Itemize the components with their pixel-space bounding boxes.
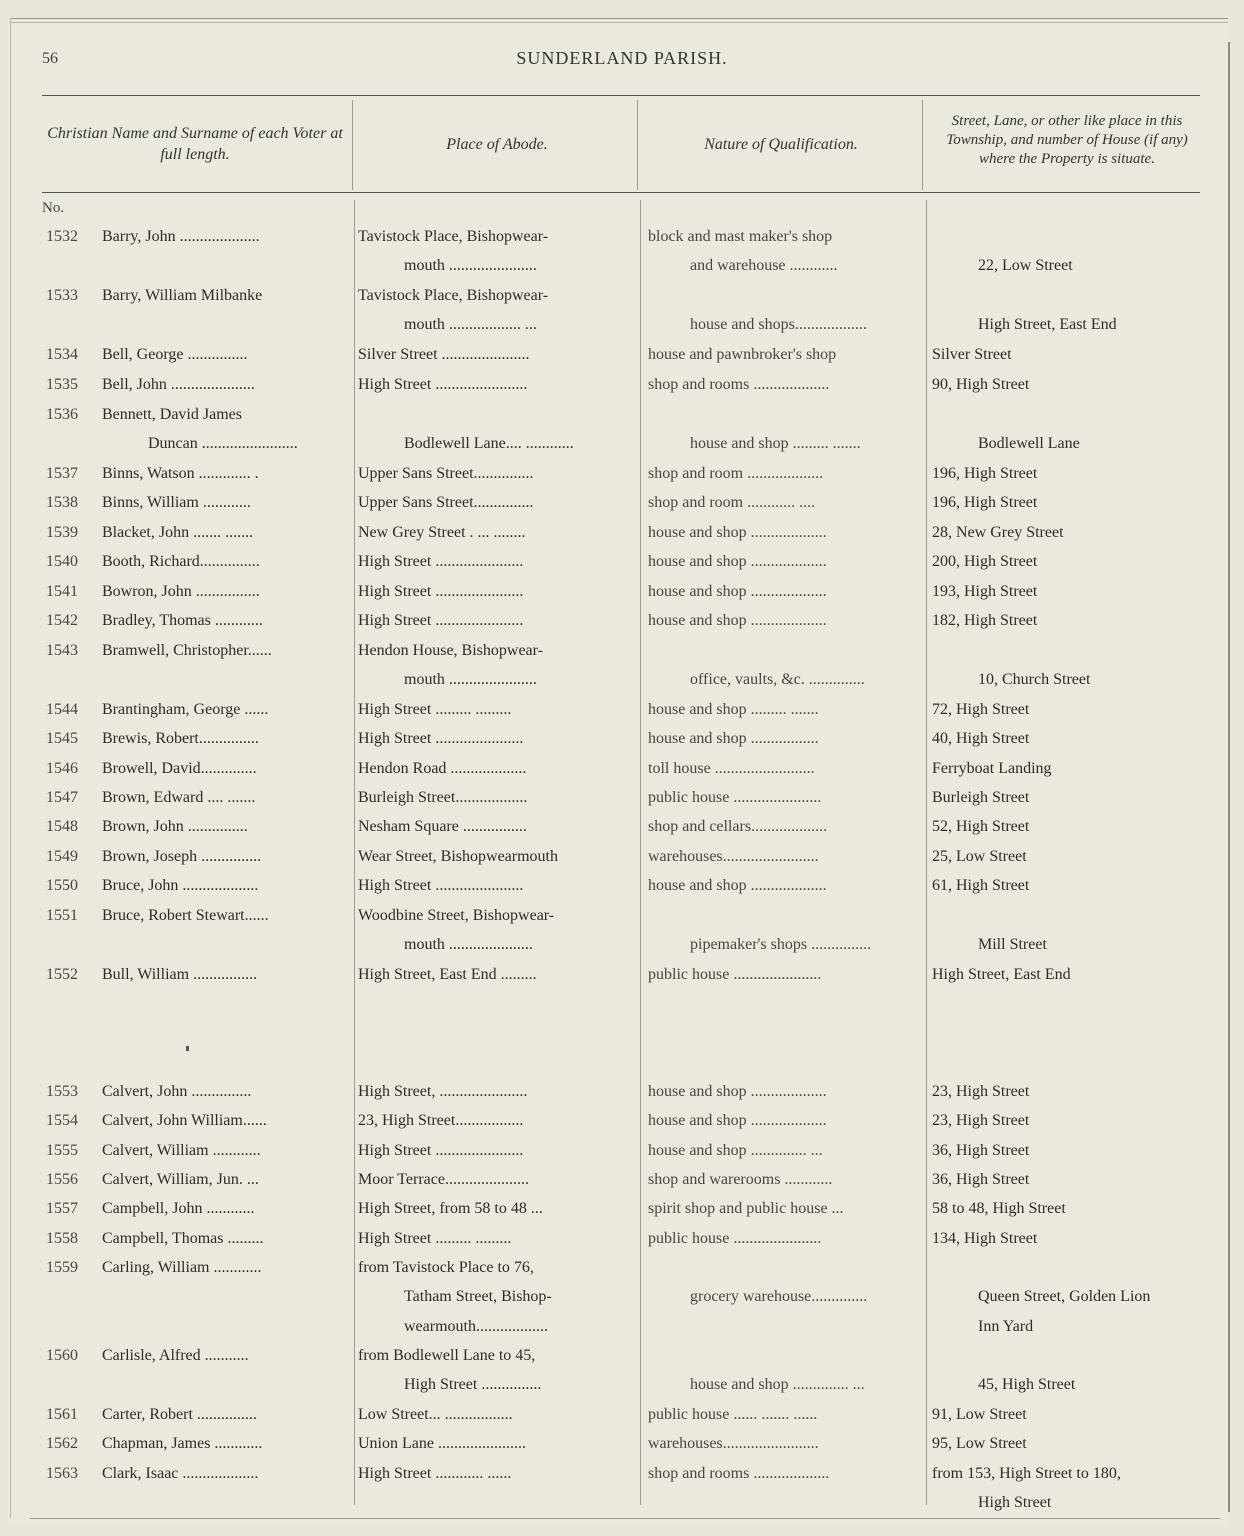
nature-of-qualification-line: house and shop ................... bbox=[648, 606, 924, 635]
voter-name: Bell, John ..................... bbox=[102, 370, 352, 399]
property-location-line: Burleigh Street bbox=[932, 783, 1222, 812]
voter-name: Bull, William ................ bbox=[102, 960, 352, 989]
nature-of-qualification: shop and warerooms ............ bbox=[648, 1165, 924, 1194]
nature-of-qualification: spirit shop and public house ... bbox=[648, 1194, 924, 1223]
place-of-abode: High Street ...................... bbox=[358, 577, 636, 606]
voter-name-line: Booth, Richard............... bbox=[102, 547, 352, 576]
property-location-line: 25, Low Street bbox=[932, 842, 1222, 871]
voter-name-line: Barry, John .................... bbox=[102, 222, 352, 251]
property-location-line: from 153, High Street to 180, bbox=[932, 1459, 1222, 1488]
nature-of-qualification-line bbox=[648, 1341, 924, 1370]
nature-of-qualification-line: house and shops.................. bbox=[648, 310, 924, 339]
nature-of-qualification-line: house and shop ................... bbox=[648, 547, 924, 576]
nature-of-qualification-line: house and shop ................... bbox=[648, 518, 924, 547]
property-location-line bbox=[932, 1253, 1222, 1282]
voter-name-line: Binns, Watson ............. . bbox=[102, 459, 352, 488]
property-location-line: 182, High Street bbox=[932, 606, 1222, 635]
place-of-abode-line: High Street ....................... bbox=[358, 370, 636, 399]
voter-name-line: Campbell, John ............ bbox=[102, 1194, 352, 1223]
property-location-line: 95, Low Street bbox=[932, 1429, 1222, 1458]
voter-number: 1545 bbox=[46, 724, 98, 753]
voter-name: Carling, William ............ bbox=[102, 1253, 352, 1282]
nature-of-qualification: house and shop ................... bbox=[648, 606, 924, 635]
property-location-line: 45, High Street bbox=[932, 1370, 1222, 1399]
property-location: 52, High Street bbox=[932, 812, 1222, 841]
nature-of-qualification-line: house and shop ................... bbox=[648, 871, 924, 900]
voter-name-line: Bowron, John ................ bbox=[102, 577, 352, 606]
property-location: 10, Church Street bbox=[932, 636, 1222, 695]
place-of-abode-line: mouth ...................... bbox=[358, 251, 636, 280]
voter-name: Bruce, John ................... bbox=[102, 871, 352, 900]
place-of-abode: High Street ......... ......... bbox=[358, 695, 636, 724]
voter-name: Brewis, Robert............... bbox=[102, 724, 352, 753]
property-location-line: 91, Low Street bbox=[932, 1400, 1222, 1429]
property-location: 25, Low Street bbox=[932, 842, 1222, 871]
voter-number: 1552 bbox=[46, 960, 98, 989]
nature-of-qualification: pipemaker's shops ............... bbox=[648, 901, 924, 960]
place-of-abode-line: High Street ......... ......... bbox=[358, 695, 636, 724]
place-of-abode-line: Union Lane ...................... bbox=[358, 1429, 636, 1458]
column-divider bbox=[926, 200, 927, 1505]
place-of-abode: Bodlewell Lane.... ............ bbox=[358, 400, 636, 459]
voter-name-line: Calvert, John ............... bbox=[102, 1077, 352, 1106]
nature-of-qualification-line: shop and rooms ................... bbox=[648, 1459, 924, 1488]
property-location: High Street, East End bbox=[932, 281, 1222, 340]
property-location: 95, Low Street bbox=[932, 1429, 1222, 1458]
voter-name: Barry, John .................... bbox=[102, 222, 352, 251]
voter-name-line: Campbell, Thomas ......... bbox=[102, 1224, 352, 1253]
property-location-line: 23, High Street bbox=[932, 1106, 1222, 1135]
page-title: SUNDERLAND PARISH. bbox=[0, 48, 1244, 69]
property-location-line bbox=[932, 1341, 1222, 1370]
voter-name: Brantingham, George ...... bbox=[102, 695, 352, 724]
nature-of-qualification-line: shop and room ............ .... bbox=[648, 488, 924, 517]
nature-of-qualification: shop and rooms ................... bbox=[648, 1459, 924, 1488]
place-of-abode: High Street ...................... bbox=[358, 871, 636, 900]
place-of-abode: High Street ...................... bbox=[358, 724, 636, 753]
nature-of-qualification-line: and warehouse ............ bbox=[648, 251, 924, 280]
voter-number: 1539 bbox=[46, 518, 98, 547]
place-of-abode-line: High Street ............ ...... bbox=[358, 1459, 636, 1488]
voter-number: 1550 bbox=[46, 871, 98, 900]
place-of-abode-line: Moor Terrace..................... bbox=[358, 1165, 636, 1194]
voter-name-line: Brown, Edward .... ....... bbox=[102, 783, 352, 812]
place-of-abode: Moor Terrace..................... bbox=[358, 1165, 636, 1194]
voter-number: 1558 bbox=[46, 1224, 98, 1253]
voter-name-line: Bradley, Thomas ............ bbox=[102, 606, 352, 635]
page-border-top bbox=[10, 18, 1228, 19]
property-location-line bbox=[932, 636, 1222, 665]
voter-number: 1546 bbox=[46, 754, 98, 783]
place-of-abode: High Street, East End ......... bbox=[358, 960, 636, 989]
voter-name: Bell, George ............... bbox=[102, 340, 352, 369]
place-of-abode: from Bodlewell Lane to 45,High Street ..… bbox=[358, 1341, 636, 1400]
property-location-line: High Street bbox=[932, 1488, 1222, 1517]
property-location: 58 to 48, High Street bbox=[932, 1194, 1222, 1223]
nature-of-qualification-line: public house ...................... bbox=[648, 1224, 924, 1253]
voter-number: 1554 bbox=[46, 1106, 98, 1135]
voter-name: Carlisle, Alfred ........... bbox=[102, 1341, 352, 1370]
place-of-abode-line: Woodbine Street, Bishopwear- bbox=[358, 901, 636, 930]
place-of-abode-line: Tavistock Place, Bishopwear- bbox=[358, 222, 636, 251]
voter-name: Campbell, Thomas ......... bbox=[102, 1224, 352, 1253]
column-divider bbox=[637, 100, 638, 190]
voter-number: 1532 bbox=[46, 222, 98, 251]
voter-name-line: Barry, William Milbanke bbox=[102, 281, 352, 310]
nature-of-qualification-line: warehouses........................ bbox=[648, 1429, 924, 1458]
place-of-abode-line: High Street ............... bbox=[358, 1370, 636, 1399]
nature-of-qualification: warehouses........................ bbox=[648, 842, 924, 871]
property-location: Silver Street bbox=[932, 340, 1222, 369]
property-location: 61, High Street bbox=[932, 871, 1222, 900]
place-of-abode: Burleigh Street.................. bbox=[358, 783, 636, 812]
property-location: Mill Street bbox=[932, 901, 1222, 960]
place-of-abode-line: Wear Street, Bishopwearmouth bbox=[358, 842, 636, 871]
voter-name-line: Brewis, Robert............... bbox=[102, 724, 352, 753]
nature-of-qualification: house and shop ................... bbox=[648, 518, 924, 547]
place-of-abode-line: Burleigh Street.................. bbox=[358, 783, 636, 812]
nature-of-qualification-line: toll house ......................... bbox=[648, 754, 924, 783]
place-of-abode-line: Silver Street ...................... bbox=[358, 340, 636, 369]
property-location: 36, High Street bbox=[932, 1165, 1222, 1194]
voter-name-line: Bramwell, Christopher...... bbox=[102, 636, 352, 665]
place-of-abode-line: Hendon Road ................... bbox=[358, 754, 636, 783]
place-of-abode-line: High Street ...................... bbox=[358, 547, 636, 576]
property-location-line: 22, Low Street bbox=[932, 251, 1222, 280]
property-location: 91, Low Street bbox=[932, 1400, 1222, 1429]
property-location: from 153, High Street to 180,High Street bbox=[932, 1459, 1222, 1518]
place-of-abode-line: mouth .................. ... bbox=[358, 310, 636, 339]
voter-number: 1553 bbox=[46, 1077, 98, 1106]
nature-of-qualification: house and shops.................. bbox=[648, 281, 924, 340]
nature-of-qualification: house and shop .............. ... bbox=[648, 1136, 924, 1165]
property-location-line bbox=[932, 400, 1222, 429]
property-location-line: 52, High Street bbox=[932, 812, 1222, 841]
column-divider bbox=[352, 100, 353, 190]
nature-of-qualification: grocery warehouse.............. bbox=[648, 1253, 924, 1341]
voter-name: Brown, John ............... bbox=[102, 812, 352, 841]
place-of-abode: High Street ............ ...... bbox=[358, 1459, 636, 1488]
place-of-abode-line: Low Street... ................. bbox=[358, 1400, 636, 1429]
property-location: 23, High Street bbox=[932, 1106, 1222, 1135]
voter-number: 1541 bbox=[46, 577, 98, 606]
voter-name-line: Bell, George ............... bbox=[102, 340, 352, 369]
nature-of-qualification: warehouses........................ bbox=[648, 1429, 924, 1458]
place-of-abode: Tavistock Place, Bishopwear-mouth ......… bbox=[358, 222, 636, 281]
voter-name: Campbell, John ............ bbox=[102, 1194, 352, 1223]
voter-name: Binns, Watson ............. . bbox=[102, 459, 352, 488]
property-location-line: 134, High Street bbox=[932, 1224, 1222, 1253]
voter-number: 1563 bbox=[46, 1459, 98, 1488]
voter-name: Barry, William Milbanke bbox=[102, 281, 352, 310]
voter-name: Brown, Joseph ............... bbox=[102, 842, 352, 871]
property-location: 90, High Street bbox=[932, 370, 1222, 399]
voter-name-line: Calvert, John William...... bbox=[102, 1106, 352, 1135]
nature-of-qualification: public house ...................... bbox=[648, 783, 924, 812]
nature-of-qualification: house and shop ......... ....... bbox=[648, 400, 924, 459]
property-location-line: High Street, East End bbox=[932, 960, 1222, 989]
property-location: 182, High Street bbox=[932, 606, 1222, 635]
property-location-line bbox=[932, 222, 1222, 251]
nature-of-qualification: house and shop ................. bbox=[648, 724, 924, 753]
property-location-line: 23, High Street bbox=[932, 1077, 1222, 1106]
nature-of-qualification-line bbox=[648, 281, 924, 310]
nature-of-qualification-line: shop and warerooms ............ bbox=[648, 1165, 924, 1194]
nature-of-qualification: office, vaults, &c. .............. bbox=[648, 636, 924, 695]
nature-of-qualification-line: house and shop ................... bbox=[648, 1077, 924, 1106]
header-rule-bottom bbox=[42, 192, 1200, 193]
place-of-abode-line: High Street ...................... bbox=[358, 871, 636, 900]
place-of-abode-line: Tatham Street, Bishop- bbox=[358, 1282, 636, 1311]
voter-name: Calvert, John ............... bbox=[102, 1077, 352, 1106]
property-location-line: 36, High Street bbox=[932, 1165, 1222, 1194]
voter-name-line: Bull, William ................ bbox=[102, 960, 352, 989]
property-location-line: Silver Street bbox=[932, 340, 1222, 369]
property-location-line: 72, High Street bbox=[932, 695, 1222, 724]
place-of-abode-line: Upper Sans Street............... bbox=[358, 488, 636, 517]
voter-name-line: Bell, John ..................... bbox=[102, 370, 352, 399]
nature-of-qualification-line: public house ...................... bbox=[648, 960, 924, 989]
voter-name: Browell, David.............. bbox=[102, 754, 352, 783]
property-location: Bodlewell Lane bbox=[932, 400, 1222, 459]
voter-name: Booth, Richard............... bbox=[102, 547, 352, 576]
voter-name: Bowron, John ................ bbox=[102, 577, 352, 606]
voter-number: 1561 bbox=[46, 1400, 98, 1429]
voter-number: 1557 bbox=[46, 1194, 98, 1223]
place-of-abode: High Street, from 58 to 48 ... bbox=[358, 1194, 636, 1223]
voter-number: 1543 bbox=[46, 636, 98, 665]
voter-number: 1559 bbox=[46, 1253, 98, 1282]
nature-of-qualification-line bbox=[648, 400, 924, 429]
voter-name: Blacket, John ....... ....... bbox=[102, 518, 352, 547]
voter-name-line: Carter, Robert ............... bbox=[102, 1400, 352, 1429]
place-of-abode-line: High Street ...................... bbox=[358, 577, 636, 606]
voter-number: 1555 bbox=[46, 1136, 98, 1165]
property-location: 23, High Street bbox=[932, 1077, 1222, 1106]
voter-name: Bennett, David JamesDuncan .............… bbox=[102, 400, 352, 459]
voter-number: 1538 bbox=[46, 488, 98, 517]
voter-name: Bradley, Thomas ............ bbox=[102, 606, 352, 635]
place-of-abode-line: 23, High Street................. bbox=[358, 1106, 636, 1135]
property-location-line: Ferryboat Landing bbox=[932, 754, 1222, 783]
voter-name-line: Chapman, James ............ bbox=[102, 1429, 352, 1458]
nature-of-qualification-line bbox=[648, 1253, 924, 1282]
place-of-abode: High Street ...................... bbox=[358, 547, 636, 576]
place-of-abode: High Street ...................... bbox=[358, 1136, 636, 1165]
property-location: 36, High Street bbox=[932, 1136, 1222, 1165]
property-location-line: 200, High Street bbox=[932, 547, 1222, 576]
page-border-right bbox=[1228, 42, 1230, 1512]
place-of-abode: Hendon House, Bishopwear-mouth .........… bbox=[358, 636, 636, 695]
nature-of-qualification-line: house and shop ......... ....... bbox=[648, 429, 924, 458]
voter-number: 1537 bbox=[46, 459, 98, 488]
nature-of-qualification-line: public house ...................... bbox=[648, 783, 924, 812]
voter-name: Calvert, William, Jun. ... bbox=[102, 1165, 352, 1194]
nature-of-qualification: public house ...... ....... ...... bbox=[648, 1400, 924, 1429]
page-border-left bbox=[10, 18, 11, 1518]
place-of-abode: Low Street... ................. bbox=[358, 1400, 636, 1429]
nature-of-qualification-line: house and shop ................... bbox=[648, 1106, 924, 1135]
voter-name: Calvert, John William...... bbox=[102, 1106, 352, 1135]
nature-of-qualification-line: warehouses........................ bbox=[648, 842, 924, 871]
voter-name: Chapman, James ............ bbox=[102, 1429, 352, 1458]
property-location: Queen Street, Golden LionInn Yard bbox=[932, 1253, 1222, 1341]
place-of-abode: High Street ......... ......... bbox=[358, 1224, 636, 1253]
voter-name-line: Clark, Isaac ................... bbox=[102, 1459, 352, 1488]
nature-of-qualification: house and shop ................... bbox=[648, 1077, 924, 1106]
place-of-abode: Union Lane ...................... bbox=[358, 1429, 636, 1458]
property-location: 40, High Street bbox=[932, 724, 1222, 753]
nature-of-qualification-line bbox=[648, 636, 924, 665]
voter-name-line: Browell, David.............. bbox=[102, 754, 352, 783]
nature-of-qualification-line: shop and rooms ................... bbox=[648, 370, 924, 399]
property-location-line bbox=[932, 281, 1222, 310]
property-location-line: 193, High Street bbox=[932, 577, 1222, 606]
voter-number: 1533 bbox=[46, 281, 98, 310]
property-location-line: High Street, East End bbox=[932, 310, 1222, 339]
place-of-abode: Silver Street ...................... bbox=[358, 340, 636, 369]
nature-of-qualification-line: house and shop ................. bbox=[648, 724, 924, 753]
nature-of-qualification: house and shop ................... bbox=[648, 547, 924, 576]
page-border-top-inner bbox=[10, 22, 1228, 23]
place-of-abode-line: wearmouth.................. bbox=[358, 1312, 636, 1341]
voter-name: Calvert, William ............ bbox=[102, 1136, 352, 1165]
voter-name-line: Calvert, William ............ bbox=[102, 1136, 352, 1165]
voter-number: 1542 bbox=[46, 606, 98, 635]
place-of-abode-line: New Grey Street . ... ........ bbox=[358, 518, 636, 547]
nature-of-qualification: shop and rooms ................... bbox=[648, 370, 924, 399]
nature-of-qualification: shop and cellars................... bbox=[648, 812, 924, 841]
voter-name-line: Brown, Joseph ............... bbox=[102, 842, 352, 871]
place-of-abode: 23, High Street................. bbox=[358, 1106, 636, 1135]
nature-of-qualification-line: block and mast maker's shop bbox=[648, 222, 924, 251]
place-of-abode: High Street ...................... bbox=[358, 606, 636, 635]
nature-of-qualification-line: shop and room ................... bbox=[648, 459, 924, 488]
property-location: High Street, East End bbox=[932, 960, 1222, 989]
voter-number: 1536 bbox=[46, 400, 98, 429]
place-of-abode: Hendon Road ................... bbox=[358, 754, 636, 783]
property-location: 196, High Street bbox=[932, 459, 1222, 488]
property-location-line: 90, High Street bbox=[932, 370, 1222, 399]
nature-of-qualification: shop and room ................... bbox=[648, 459, 924, 488]
nature-of-qualification: public house ...................... bbox=[648, 960, 924, 989]
print-mark bbox=[186, 1046, 189, 1051]
place-of-abode-line: Bodlewell Lane.... ............ bbox=[358, 429, 636, 458]
nature-of-qualification: house and shop ................... bbox=[648, 577, 924, 606]
voter-name-line: Calvert, William, Jun. ... bbox=[102, 1165, 352, 1194]
place-of-abode-line: High Street ......... ......... bbox=[358, 1224, 636, 1253]
nature-of-qualification: public house ...................... bbox=[648, 1224, 924, 1253]
place-of-abode: Upper Sans Street............... bbox=[358, 488, 636, 517]
place-of-abode: Woodbine Street, Bishopwear-mouth ......… bbox=[358, 901, 636, 960]
property-location-line: Bodlewell Lane bbox=[932, 429, 1222, 458]
property-location-line: 196, High Street bbox=[932, 459, 1222, 488]
place-of-abode: Wear Street, Bishopwearmouth bbox=[358, 842, 636, 871]
voter-name-line: Bennett, David James bbox=[102, 400, 352, 429]
place-of-abode-line: Tavistock Place, Bishopwear- bbox=[358, 281, 636, 310]
place-of-abode-line: High Street ...................... bbox=[358, 1136, 636, 1165]
property-location-line: 40, High Street bbox=[932, 724, 1222, 753]
property-location: 196, High Street bbox=[932, 488, 1222, 517]
voter-name: Bruce, Robert Stewart...... bbox=[102, 901, 352, 930]
place-of-abode-line: High Street, ...................... bbox=[358, 1077, 636, 1106]
nature-of-qualification: toll house ......................... bbox=[648, 754, 924, 783]
nature-of-qualification-line: house and shop ................... bbox=[648, 577, 924, 606]
column-header-street: Street, Lane, or other like place in thi… bbox=[928, 96, 1206, 184]
property-location-line: 10, Church Street bbox=[932, 665, 1222, 694]
voter-number: 1547 bbox=[46, 783, 98, 812]
place-of-abode: Upper Sans Street............... bbox=[358, 459, 636, 488]
place-of-abode-line: High Street, from 58 to 48 ... bbox=[358, 1194, 636, 1223]
place-of-abode-line: mouth ..................... bbox=[358, 930, 636, 959]
property-location: 45, High Street bbox=[932, 1341, 1222, 1400]
nature-of-qualification-line: house and shop .............. ... bbox=[648, 1136, 924, 1165]
nature-of-qualification-line bbox=[648, 1312, 924, 1341]
nature-of-qualification-line: house and shop .............. ... bbox=[648, 1370, 924, 1399]
voter-name: Clark, Isaac ................... bbox=[102, 1459, 352, 1488]
place-of-abode-line: Hendon House, Bishopwear- bbox=[358, 636, 636, 665]
voter-name: Carter, Robert ............... bbox=[102, 1400, 352, 1429]
voter-name: Brown, Edward .... ....... bbox=[102, 783, 352, 812]
place-of-abode-line: from Tavistock Place to 76, bbox=[358, 1253, 636, 1282]
place-of-abode: New Grey Street . ... ........ bbox=[358, 518, 636, 547]
place-of-abode-line bbox=[358, 400, 636, 429]
property-location-line: Queen Street, Golden Lion bbox=[932, 1282, 1222, 1311]
place-of-abode-line: High Street ...................... bbox=[358, 606, 636, 635]
property-location-line: 28, New Grey Street bbox=[932, 518, 1222, 547]
property-location-line: 36, High Street bbox=[932, 1136, 1222, 1165]
property-location: 193, High Street bbox=[932, 577, 1222, 606]
column-divider bbox=[922, 100, 923, 190]
nature-of-qualification: shop and room ............ .... bbox=[648, 488, 924, 517]
property-location-line: 61, High Street bbox=[932, 871, 1222, 900]
place-of-abode: from Tavistock Place to 76,Tatham Street… bbox=[358, 1253, 636, 1341]
nature-of-qualification: house and shop .............. ... bbox=[648, 1341, 924, 1400]
nature-of-qualification-line: grocery warehouse.............. bbox=[648, 1282, 924, 1311]
place-of-abode: High Street, ...................... bbox=[358, 1077, 636, 1106]
voter-number: 1548 bbox=[46, 812, 98, 841]
column-header-name: Christian Name and Surname of each Voter… bbox=[40, 100, 350, 188]
property-location-line: Mill Street bbox=[932, 930, 1222, 959]
nature-of-qualification: house and pawnbroker's shop bbox=[648, 340, 924, 369]
voter-number: 1551 bbox=[46, 901, 98, 930]
voter-name-line: Carlisle, Alfred ........... bbox=[102, 1341, 352, 1370]
property-location: 134, High Street bbox=[932, 1224, 1222, 1253]
nature-of-qualification-line: office, vaults, &c. .............. bbox=[648, 665, 924, 694]
property-location: 22, Low Street bbox=[932, 222, 1222, 281]
place-of-abode-line: High Street, East End ......... bbox=[358, 960, 636, 989]
voter-number: 1535 bbox=[46, 370, 98, 399]
property-location: 28, New Grey Street bbox=[932, 518, 1222, 547]
voter-name-line: Brantingham, George ...... bbox=[102, 695, 352, 724]
place-of-abode-line: High Street ...................... bbox=[358, 724, 636, 753]
property-location-line bbox=[932, 901, 1222, 930]
property-location-line: 58 to 48, High Street bbox=[932, 1194, 1222, 1223]
place-of-abode-line: from Bodlewell Lane to 45, bbox=[358, 1341, 636, 1370]
place-of-abode: Tavistock Place, Bishopwear-mouth ......… bbox=[358, 281, 636, 340]
column-divider bbox=[354, 200, 355, 1505]
place-of-abode: High Street ....................... bbox=[358, 370, 636, 399]
place-of-abode: Nesham Square ................ bbox=[358, 812, 636, 841]
voter-number: 1549 bbox=[46, 842, 98, 871]
voter-name-line: Duncan ........................ bbox=[102, 429, 352, 458]
property-location: Ferryboat Landing bbox=[932, 754, 1222, 783]
number-column-label: No. bbox=[42, 200, 64, 217]
voter-name-line: Brown, John ............... bbox=[102, 812, 352, 841]
column-header-qualification: Nature of Qualification. bbox=[640, 100, 922, 188]
property-location: Burleigh Street bbox=[932, 783, 1222, 812]
place-of-abode-line: mouth ...................... bbox=[358, 665, 636, 694]
